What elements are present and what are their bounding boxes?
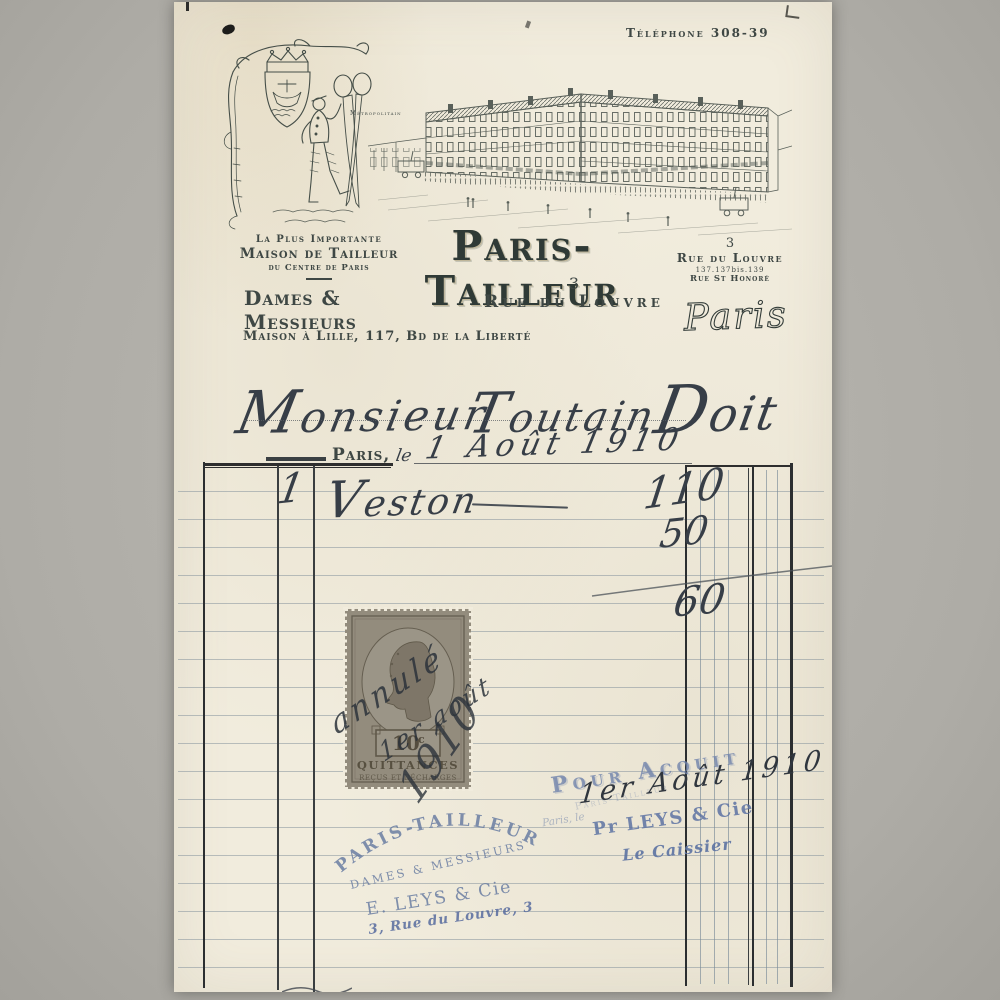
handwritten-amount-2: 50 xyxy=(657,507,711,557)
building-illustration xyxy=(368,50,792,236)
address-street-center: Rue du Louvre xyxy=(480,292,668,312)
table-column-line xyxy=(277,466,279,990)
invoice-document: Téléphone 308-39 xyxy=(174,2,832,992)
le-label: le xyxy=(394,446,413,466)
small-mark xyxy=(525,21,531,29)
table-column-line xyxy=(313,466,315,992)
bottom-pen-mark xyxy=(282,984,352,992)
telephone-number: Téléphone 308-39 xyxy=(626,26,816,40)
paris-script: Paris xyxy=(675,289,822,344)
corner-mark xyxy=(785,5,801,19)
table-sub-line xyxy=(777,470,778,984)
tagline-divider xyxy=(306,278,332,280)
table-sub-line xyxy=(766,470,767,984)
table-sub-line xyxy=(728,470,729,984)
address-number-center: 3 xyxy=(480,274,668,293)
photo-background: Téléphone 308-39 xyxy=(0,0,1000,1000)
address-numbers-detail: 137.137bis.139 xyxy=(670,266,790,274)
handwritten-item: Veston xyxy=(321,465,485,530)
dames-messieurs: Dames & Messieurs xyxy=(244,286,424,334)
maker-oval-stamp: Paris-Tailleur Dames & Messieurs - E. LE… xyxy=(325,785,569,937)
table-money-line2 xyxy=(752,465,754,986)
address-street2-right: Rue St Honoré xyxy=(670,274,790,284)
table-right-border xyxy=(790,463,793,987)
table-sub-line-dark xyxy=(748,468,749,985)
addressee-dotted-line xyxy=(244,420,686,421)
city-label: Paris, xyxy=(332,445,390,465)
paris-script-text: Paris xyxy=(682,293,788,340)
lille-line: Maison à Lille, 117, Bd de la Liberté xyxy=(243,329,543,344)
date-heavy-dash xyxy=(266,457,326,461)
tailor-emblem-illustration xyxy=(215,30,377,238)
table-sub-line xyxy=(714,470,715,984)
address-block-right: 3 Rue du Louvre 137.137bis.139 Rue St Ho… xyxy=(670,236,790,284)
pen-flourish-curve xyxy=(590,552,832,604)
address-number-right: 3 xyxy=(670,236,790,251)
edge-mark xyxy=(186,2,189,11)
table-left-border xyxy=(203,462,205,988)
address-street-right: Rue du Louvre xyxy=(670,251,790,265)
